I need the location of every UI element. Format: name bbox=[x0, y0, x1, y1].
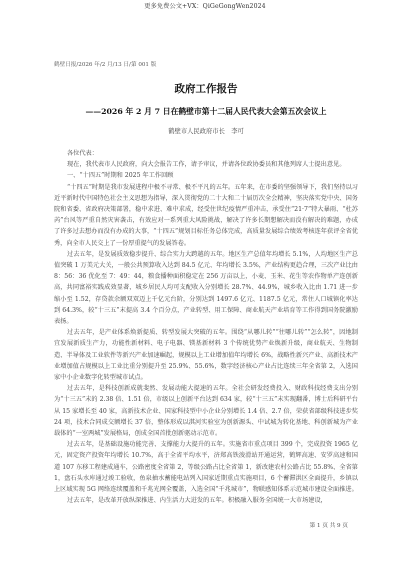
salutation: 各位代表： bbox=[54, 148, 358, 159]
document-title: 政府工作报告 bbox=[54, 81, 358, 96]
document-author: 鹤壁市人民政府市长 李可 bbox=[54, 126, 358, 135]
paragraph: 过去五年，是产业体系焕新提质、转型发展大突破的五年。围绕“从哪儿转”“往哪儿转”… bbox=[54, 327, 358, 383]
paragraph: 过去五年，是科技创新成就斐然、发展动能大提速的五年。全社会研发经费投入、财政科技… bbox=[54, 383, 358, 439]
source-line: 鹤壁日报/2026 年/2 月/13 日/第 001 版 bbox=[54, 60, 156, 68]
paragraph: 现在，我代表市人民政府，向大会报告工作，请予审议，并请各位政协委员和其他列席人士… bbox=[54, 159, 358, 170]
section-heading: 一、“十四五”时期和 2025 年工作回顾 bbox=[54, 170, 358, 181]
document-subtitle: ——2026 年 2 月 7 日在鹤壁市第十二届人民代表大会第五次会议上 bbox=[54, 106, 358, 117]
document-body: 各位代表： 现在，我代表市人民政府，向大会报告工作，请予审议，并请各位政协委员和… bbox=[54, 148, 358, 507]
page-number: 第 1 页 共 9 页 bbox=[54, 521, 348, 529]
paragraph: 过去五年，是改革开放纵深推进、内生活力大迸发的五年。积极融入服务全国统一大市场建… bbox=[54, 495, 358, 506]
watermark-text: 更多免费公文+VX：QiGeGongWen2024 bbox=[0, 1, 410, 10]
paragraph: 过去五年，是基础设施功能完善、支撑能力大提升的五年。实施省市重点项目 399 个… bbox=[54, 439, 358, 495]
paragraph: “十四五”时期是我市发展进程中极不寻常、极不平凡的五年。五年来，在市委的坚强领导… bbox=[54, 182, 358, 249]
paragraph: 过去五年，是发展质效稳步提升、综合实力大跨越的五年。地区生产总值年均增长 5.1… bbox=[54, 249, 358, 327]
